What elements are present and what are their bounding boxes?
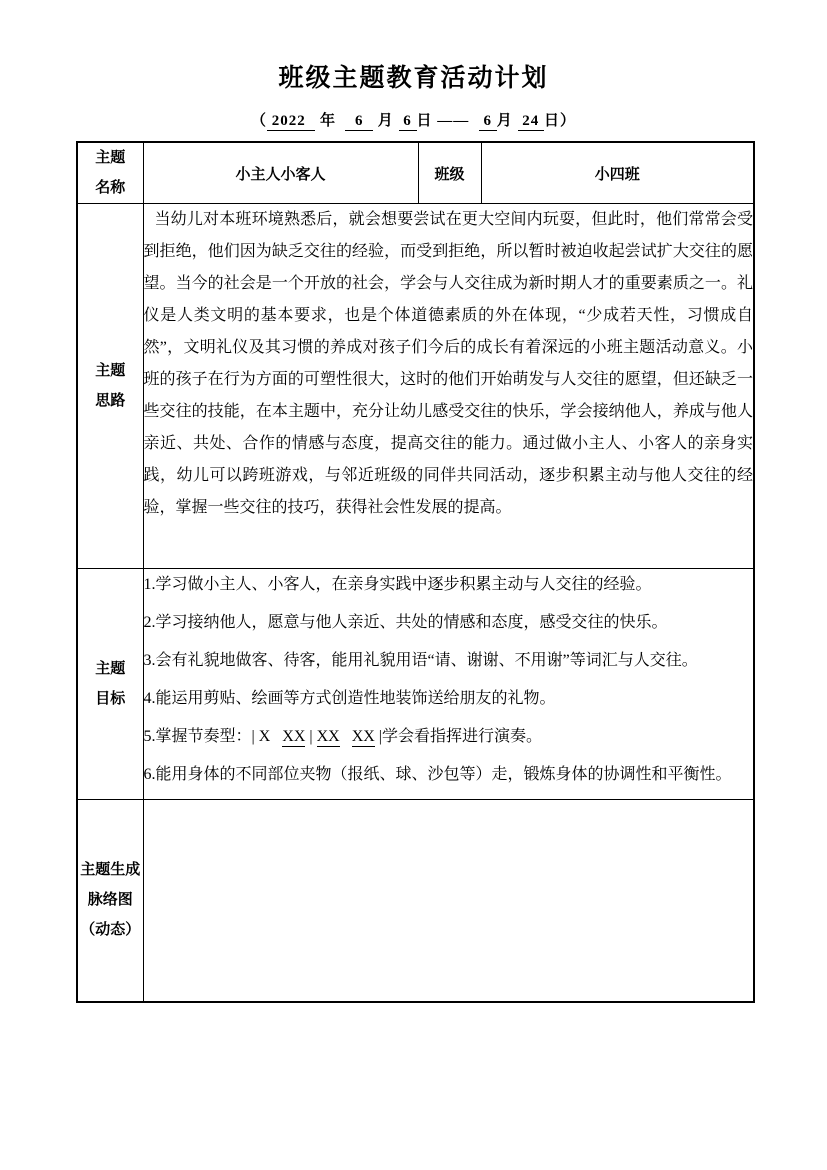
underlined-value: 6 xyxy=(399,113,417,131)
theme-goals-label-cell: 主题 目标 xyxy=(77,569,143,800)
theme-name-value-cell: 小主人小客人 xyxy=(143,142,418,204)
text-segment: 日） xyxy=(544,113,576,129)
text-segment: 1.学习做小主人、小客人，在亲身实践中逐步积累主动与人交往的经验。 xyxy=(144,576,652,593)
text-segment: 2.学习接纳他人，愿意与他人亲近、共处的情感和态度，感受交往的快乐。 xyxy=(144,614,668,631)
underlined-value: XX xyxy=(317,728,340,747)
theme-idea-row: 主题 思路 当幼儿对本班环境熟悉后，就会想要尝试在更大空间内玩耍，但此时，他们常… xyxy=(77,204,754,569)
goal-item-2: 2.学习接纳他人，愿意与他人亲近、共处的情感和态度，感受交往的快乐。 xyxy=(144,607,754,638)
text-segment: 4.能运用剪贴、绘画等方式创造性地装饰送给朋友的礼物。 xyxy=(144,690,556,707)
text-segment: 年 xyxy=(315,113,345,129)
theme-goals-content-cell: 1.学习做小主人、小客人，在亲身实践中逐步积累主动与人交往的经验。 2.学习接纳… xyxy=(143,569,754,800)
text-segment xyxy=(340,728,352,745)
text-segment: 3.会有礼貌地做客、待客，能用礼貌用语“请、谢谢、不用谢”等词汇与人交往。 xyxy=(144,652,698,669)
page-title: 班级主题教育活动计划 xyxy=(0,0,827,96)
network-map-content-cell xyxy=(143,800,754,1002)
underlined-value: 2022 xyxy=(267,113,315,131)
document-page: 班级主题教育活动计划 （ 2022 年 6 月 6 日 —— 6 月 24 日）… xyxy=(0,0,827,1170)
text-segment: 月 xyxy=(497,113,518,129)
class-label-cell: 班级 xyxy=(418,142,481,204)
underlined-value: XX xyxy=(282,728,305,747)
network-map-row: 主题生成 脉络图 （动态） xyxy=(77,800,754,1002)
underlined-value: 24 xyxy=(518,113,545,131)
text-segment: 5.掌握节奏型：| X xyxy=(144,728,283,745)
goal-item-6: 6.能用身体的不同部位夹物（报纸、球、沙包等）走，锻炼身体的协调性和平衡性。 xyxy=(144,759,754,790)
text-segment: 日 —— xyxy=(417,113,479,129)
underlined-value: 6 xyxy=(479,113,497,131)
underlined-value: 6 xyxy=(345,113,373,131)
header-row: 主题 名称 小主人小客人 班级 小四班 xyxy=(77,142,754,204)
text-segment: （ xyxy=(251,113,267,129)
text-segment: | xyxy=(305,728,316,745)
goal-item-1: 1.学习做小主人、小客人，在亲身实践中逐步积累主动与人交往的经验。 xyxy=(144,569,754,600)
goal-item-4: 4.能运用剪贴、绘画等方式创造性地装饰送给朋友的礼物。 xyxy=(144,683,754,714)
theme-goals-row: 主题 目标 1.学习做小主人、小客人，在亲身实践中逐步积累主动与人交往的经验。 … xyxy=(77,569,754,800)
underlined-value: XX xyxy=(352,728,375,747)
theme-name-label-cell: 主题 名称 xyxy=(77,142,143,204)
text-segment: 月 xyxy=(373,113,399,129)
text-segment: |学会看指挥进行演奏。 xyxy=(375,728,542,745)
theme-idea-content-cell: 当幼儿对本班环境熟悉后，就会想要尝试在更大空间内玩耍，但此时，他们常常会受到拒绝… xyxy=(143,204,754,569)
theme-idea-text: 当幼儿对本班环境熟悉后，就会想要尝试在更大空间内玩耍，但此时，他们常常会受到拒绝… xyxy=(144,204,754,524)
text-segment: 6.能用身体的不同部位夹物（报纸、球、沙包等）走，锻炼身体的协调性和平衡性。 xyxy=(144,766,732,783)
network-map-label-cell: 主题生成 脉络图 （动态） xyxy=(77,800,143,1002)
plan-table: 主题 名称 小主人小客人 班级 小四班 主题 思路 当幼儿对本班环境熟悉后，就会… xyxy=(76,141,755,1003)
date-line: （ 2022 年 6 月 6 日 —— 6 月 24 日） xyxy=(0,110,827,132)
class-value-cell: 小四班 xyxy=(481,142,754,204)
goal-item-5: 5.掌握节奏型：| X XX | XX XX |学会看指挥进行演奏。 xyxy=(144,721,754,752)
theme-idea-label-cell: 主题 思路 xyxy=(77,204,143,569)
goal-item-3: 3.会有礼貌地做客、待客，能用礼貌用语“请、谢谢、不用谢”等词汇与人交往。 xyxy=(144,645,754,676)
